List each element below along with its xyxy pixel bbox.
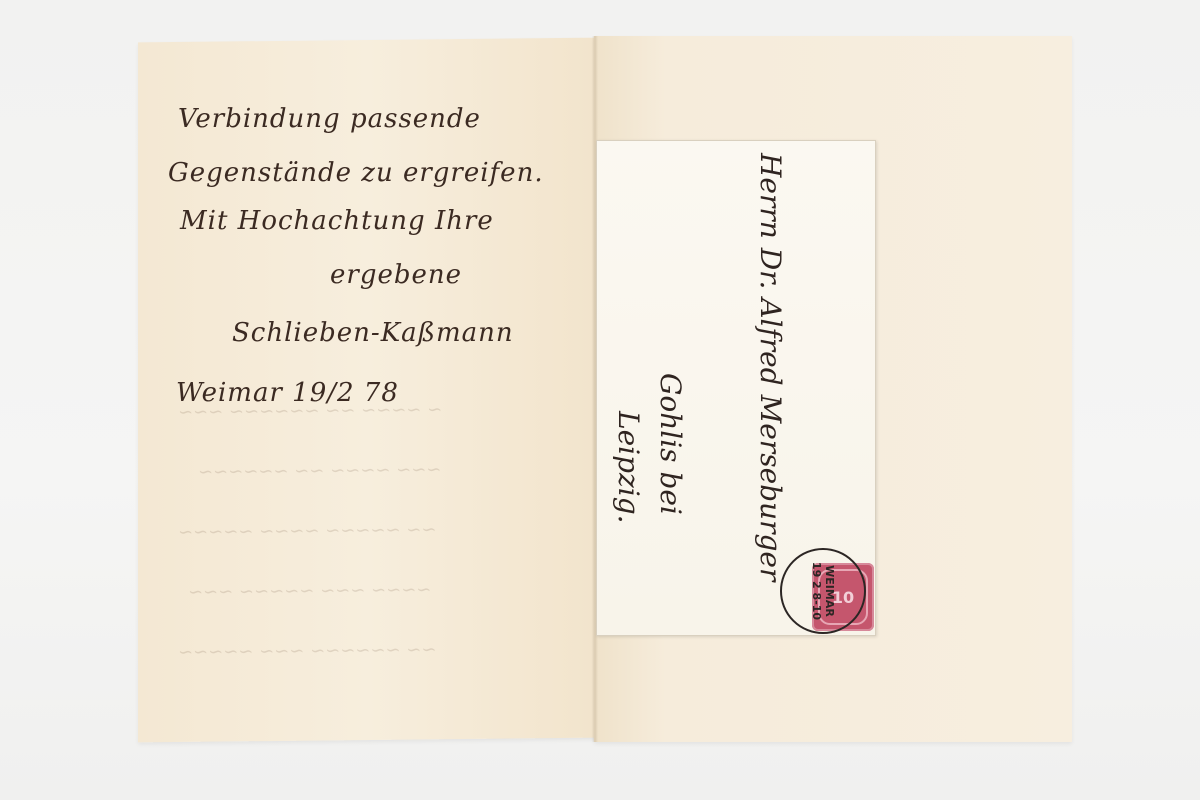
bleed-through-text: ~~ ~~~~~~ ~~~ ~~~~~ [178, 639, 436, 663]
letter-closing: ergebene [330, 260, 462, 290]
bleed-through-text: ~~~ ~~~~ ~~ ~~~~~~ [198, 459, 441, 483]
letter-place-date: Weimar 19/2 78 [176, 378, 399, 408]
photo-scene: ~ ~~~~ ~~ ~~~~~~ ~~~ ~~~ ~~~~ ~~ ~~~~~~ … [0, 0, 1200, 800]
letter-line-2: Gegenstände zu ergreifen. [168, 158, 544, 188]
postmark: WEIMAR 19 2 8-10 [780, 548, 866, 634]
letter-signature: Schlieben-Kaßmann [232, 318, 514, 348]
bleed-through-text: ~~~~ ~~~ ~~~~~ ~~~ [188, 579, 431, 603]
postmark-text: WEIMAR 19 2 8-10 [810, 556, 836, 626]
letter-line-1: Verbindung passende [178, 104, 481, 134]
bleed-through-text: ~~ ~~~~~ ~~~~ ~~~~~ [178, 519, 436, 543]
letter-line-3: Mit Hochachtung Ihre [180, 206, 494, 236]
envelope-address-line-2: Gohlis bei [654, 373, 687, 515]
envelope-address-line-3: Leipzig. [612, 411, 645, 524]
envelope-addressee: Herrn Dr. Alfred Merseburger [754, 153, 787, 581]
